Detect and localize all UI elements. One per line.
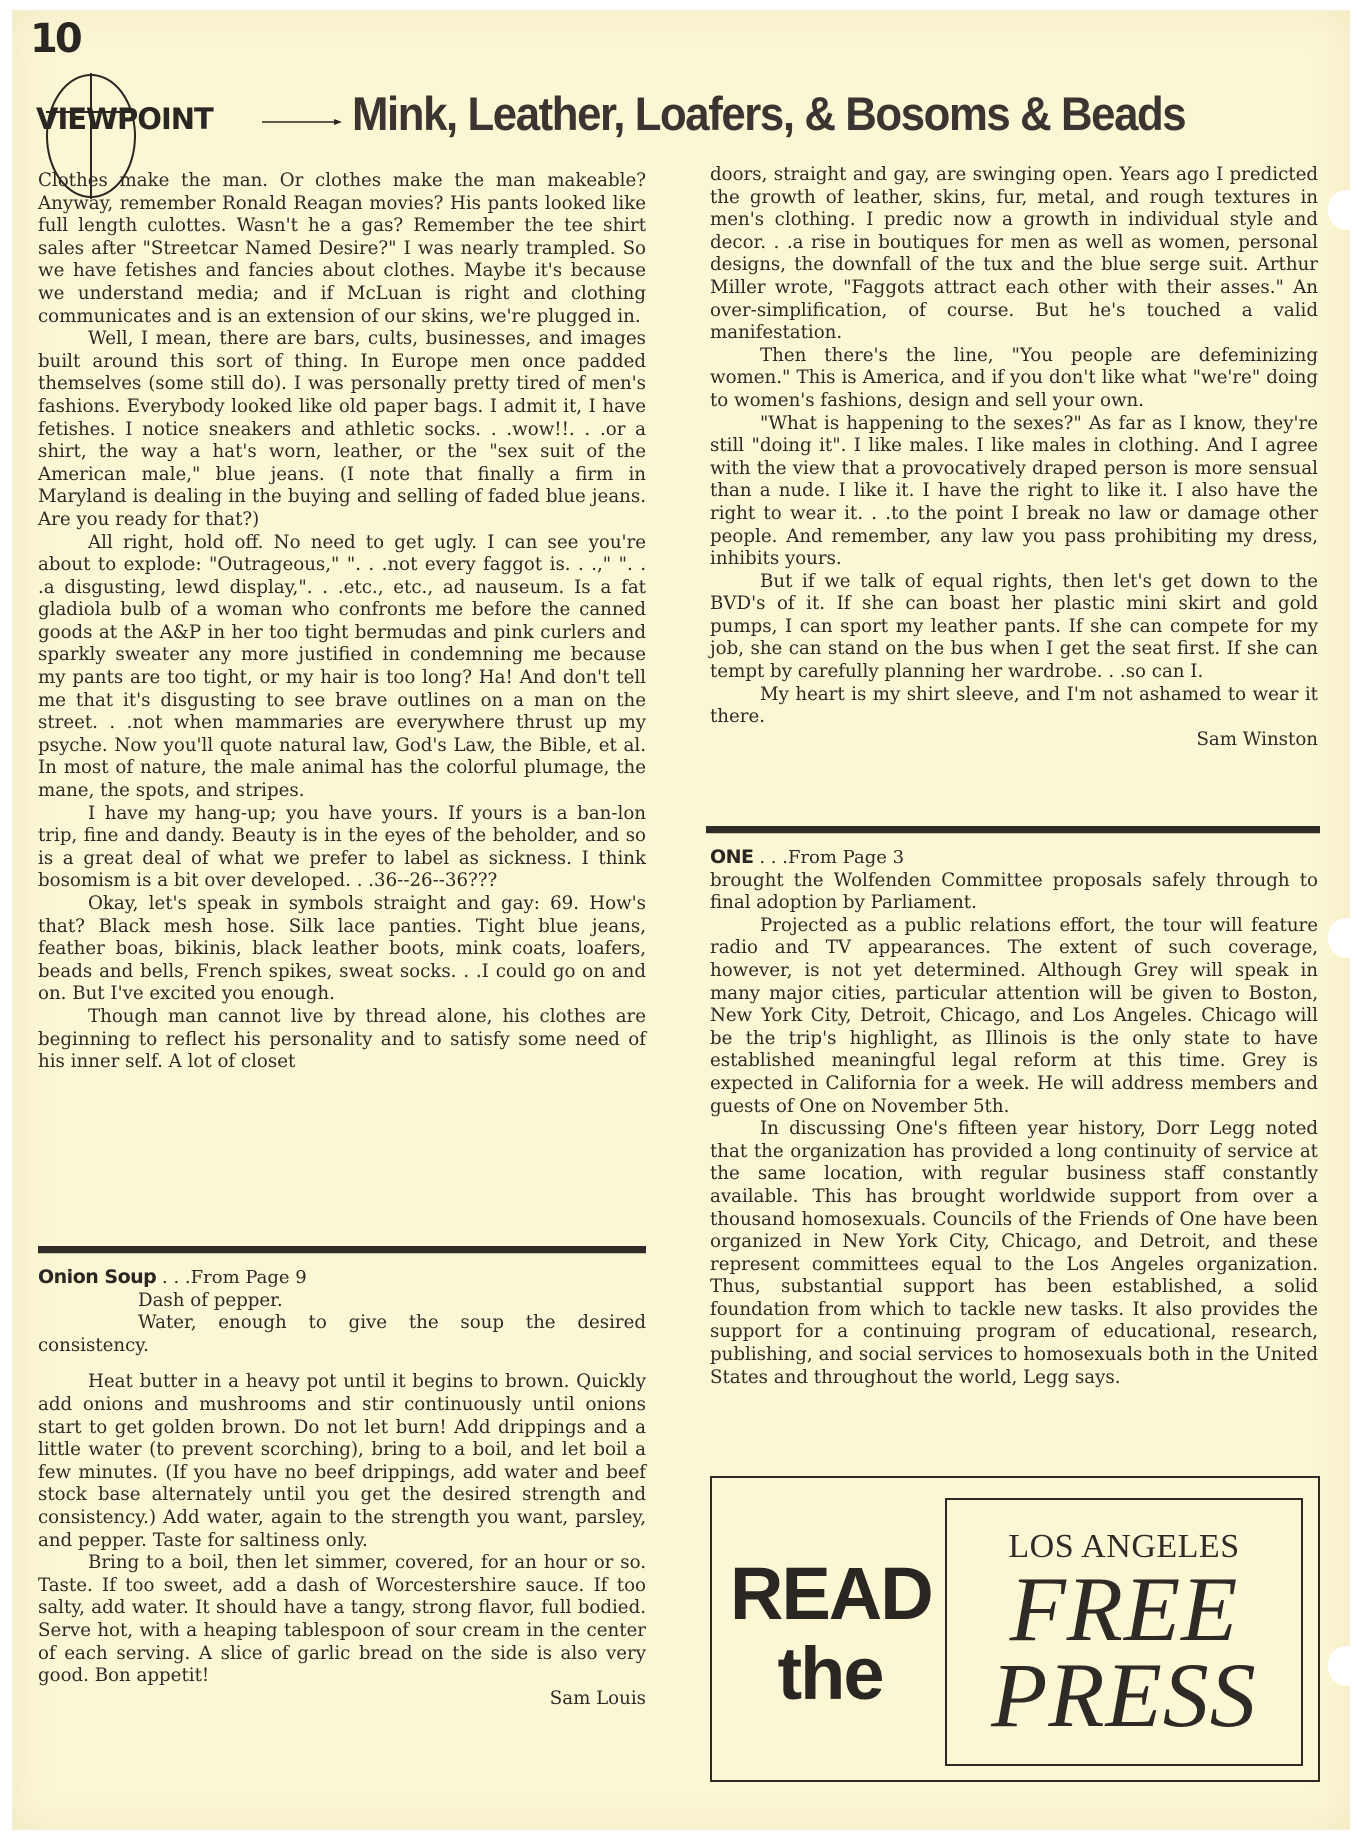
byline: Sam Louis	[38, 1688, 646, 1711]
recipe-paragraph: Bring to a boil, then let simmer, covere…	[38, 1552, 646, 1688]
onion-soup-section: Onion Soup . . .From Page 9 Dash of pepp…	[38, 1266, 646, 1710]
punch-hole	[1328, 1646, 1358, 1686]
article-paragraph: I have my hang-up; you have yours. If yo…	[38, 803, 646, 893]
ingredient: Dash of pepper.	[38, 1290, 646, 1313]
article-paragraph: But if we talk of equal rights, then let…	[710, 571, 1318, 684]
byline: Sam Winston	[710, 729, 1318, 752]
one-paragraph: In discussing One's fifteen year history…	[710, 1118, 1318, 1389]
one-heading: ONE	[710, 846, 754, 868]
ad-the-text: the	[730, 1634, 930, 1714]
article-paragraph: My heart is my shirt sleeve, and I'm not…	[710, 684, 1318, 729]
ad-title-line1: FREE	[947, 1566, 1301, 1652]
jump-line: . . .From Page 3	[759, 847, 904, 868]
onion-soup-heading: Onion Soup	[38, 1266, 156, 1288]
recipe-paragraph: Heat butter in a heavy pot until it begi…	[38, 1371, 646, 1552]
ad-title-line2: PRESS	[947, 1652, 1301, 1738]
article-paragraph: Clothes make the man. Or clothes make th…	[38, 170, 646, 328]
punch-hole	[1328, 918, 1358, 958]
one-header: ONE . . .From Page 3	[710, 846, 1318, 870]
free-press-advertisement: READ the LOS ANGELES FREE PRESS	[710, 1476, 1320, 1782]
article-paragraph: Though man cannot live by thread alone, …	[38, 1006, 646, 1074]
one-section: ONE . . .From Page 3 brought the Wolfend…	[710, 846, 1318, 1389]
article-paragraph: doors, straight and gay, are swinging op…	[710, 164, 1318, 345]
ad-read-the: READ the	[730, 1554, 930, 1714]
page-number: 10	[30, 16, 80, 62]
article-paragraph: Okay, let's speak in symbols straight an…	[38, 893, 646, 1006]
section-label: VIEWPOINT	[36, 102, 213, 136]
ingredient: Water, enough to give the soup the desir…	[38, 1312, 646, 1357]
one-paragraph: brought the Wolfenden Committee proposal…	[710, 870, 1318, 915]
ad-masthead-box: LOS ANGELES FREE PRESS	[945, 1498, 1303, 1766]
headline: Mink, Leather, Loafers, & Bosoms & Beads	[352, 86, 1282, 141]
arrow-right-icon	[262, 118, 342, 126]
article-paragraph: All right, hold off. No need to get ugly…	[38, 532, 646, 803]
one-paragraph: Projected as a public relations effort, …	[710, 915, 1318, 1118]
article-column-left: Clothes make the man. Or clothes make th…	[38, 170, 646, 1074]
article-paragraph: Well, I mean, there are bars, cults, bus…	[38, 328, 646, 531]
article-column-right: doors, straight and gay, are swinging op…	[710, 164, 1318, 751]
onion-soup-header: Onion Soup . . .From Page 9	[38, 1266, 646, 1290]
article-paragraph: "What is happening to the sexes?" As far…	[710, 413, 1318, 571]
divider-rule	[706, 826, 1320, 833]
ad-read-text: READ	[730, 1554, 930, 1634]
divider-rule	[38, 1246, 646, 1253]
article-paragraph: Then there's the line, "You people are d…	[710, 345, 1318, 413]
punch-hole	[1328, 190, 1358, 230]
jump-line: . . .From Page 9	[162, 1267, 307, 1288]
